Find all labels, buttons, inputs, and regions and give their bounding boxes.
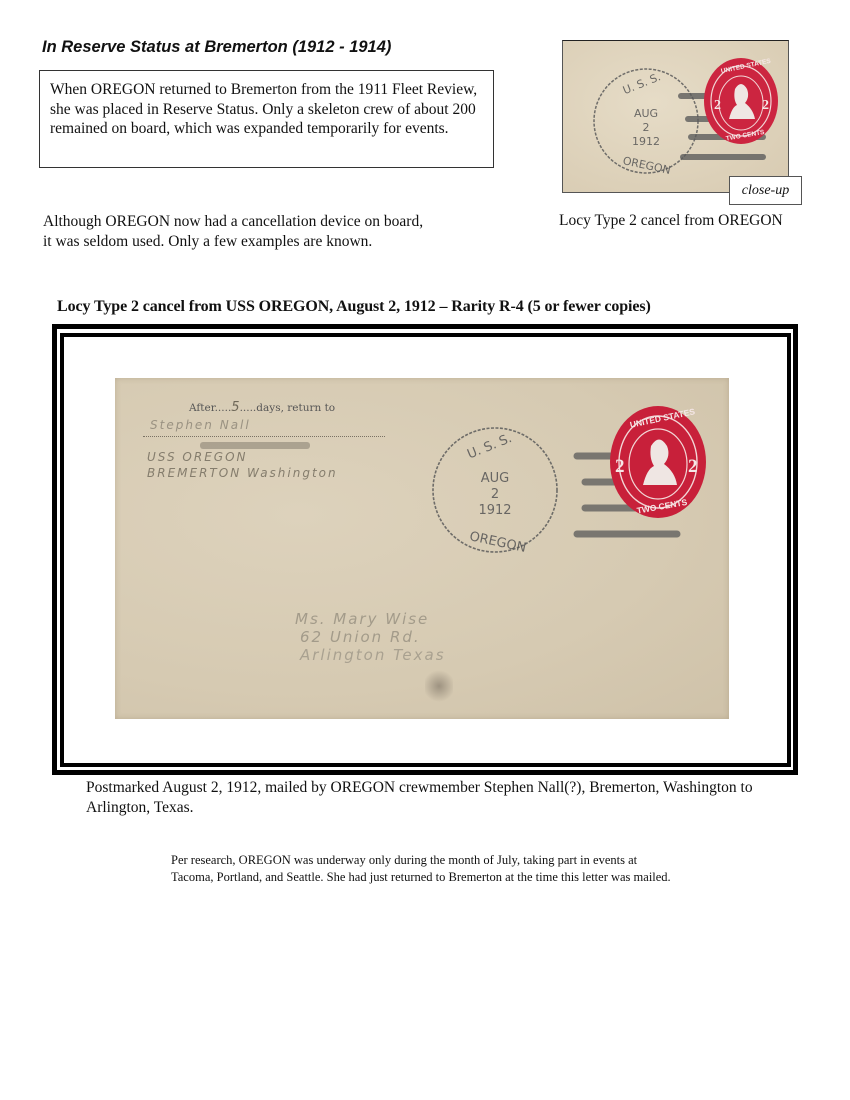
svg-text:1912: 1912 bbox=[478, 503, 511, 518]
cover-title: Locy Type 2 cancel from USS OREGON, Augu… bbox=[57, 298, 651, 316]
corner-after-label: After bbox=[189, 402, 215, 414]
postmark-top-text: U. S. S. bbox=[465, 431, 514, 462]
svg-text:2: 2 bbox=[688, 456, 698, 477]
return-name: Stephen Nall bbox=[150, 418, 251, 432]
cancellation-note-line-2: it was seldom used. Only a few examples … bbox=[43, 232, 513, 252]
svg-text:AUG: AUG bbox=[481, 471, 509, 486]
postmark-caption: Postmarked August 2, 1912, mailed by ORE… bbox=[86, 778, 766, 818]
research-note: Per research, OREGON was underway only d… bbox=[171, 852, 681, 885]
intro-text-box: When OREGON returned to Bremerton from t… bbox=[39, 70, 494, 168]
svg-text:1912: 1912 bbox=[632, 135, 660, 148]
svg-text:OREGON: OREGON bbox=[468, 529, 527, 556]
corner-days-text: days, return to bbox=[256, 402, 335, 414]
closeup-caption: Locy Type 2 cancel from OREGON bbox=[559, 212, 783, 230]
closeup-image: 2 2 UNITED STATES TWO CENTS U. S. S. AUG… bbox=[562, 40, 789, 193]
postmark-and-stamp: 2 2 UNITED STATES TWO CENTS U. S. S. AUG… bbox=[425, 398, 725, 578]
svg-text:2: 2 bbox=[714, 98, 721, 113]
crossed-out-text bbox=[200, 442, 310, 449]
cancellation-note-line-1: Although OREGON now had a cancellation d… bbox=[43, 212, 513, 232]
address-line-2: 62 Union Rd. bbox=[300, 628, 421, 646]
intro-text: When OREGON returned to Bremerton from t… bbox=[50, 81, 477, 137]
envelope-cover: After.....5.....days, return to Stephen … bbox=[115, 378, 729, 719]
return-city: BREMERTON Washington bbox=[147, 466, 338, 480]
svg-text:2: 2 bbox=[762, 98, 769, 113]
svg-text:2: 2 bbox=[643, 121, 650, 134]
svg-text:AUG: AUG bbox=[634, 107, 658, 120]
closeup-label: close-up bbox=[729, 176, 802, 205]
corner-days-value: 5 bbox=[231, 400, 239, 415]
return-ship: USS OREGON bbox=[147, 450, 248, 464]
return-dotted-line bbox=[143, 436, 385, 437]
section-title: In Reserve Status at Bremerton (1912 - 1… bbox=[42, 38, 391, 57]
cancellation-note: Although OREGON now had a cancellation d… bbox=[43, 212, 513, 252]
svg-text:2: 2 bbox=[615, 456, 625, 477]
svg-text:2: 2 bbox=[491, 487, 499, 502]
closeup-postmark-graphic: 2 2 UNITED STATES TWO CENTS U. S. S. AUG… bbox=[563, 41, 789, 193]
address-line-3: Arlington Texas bbox=[300, 646, 446, 664]
ink-smudge bbox=[425, 668, 453, 704]
address-line-1: Ms. Mary Wise bbox=[295, 610, 429, 628]
corner-card-after: After.....5.....days, return to bbox=[189, 400, 335, 415]
